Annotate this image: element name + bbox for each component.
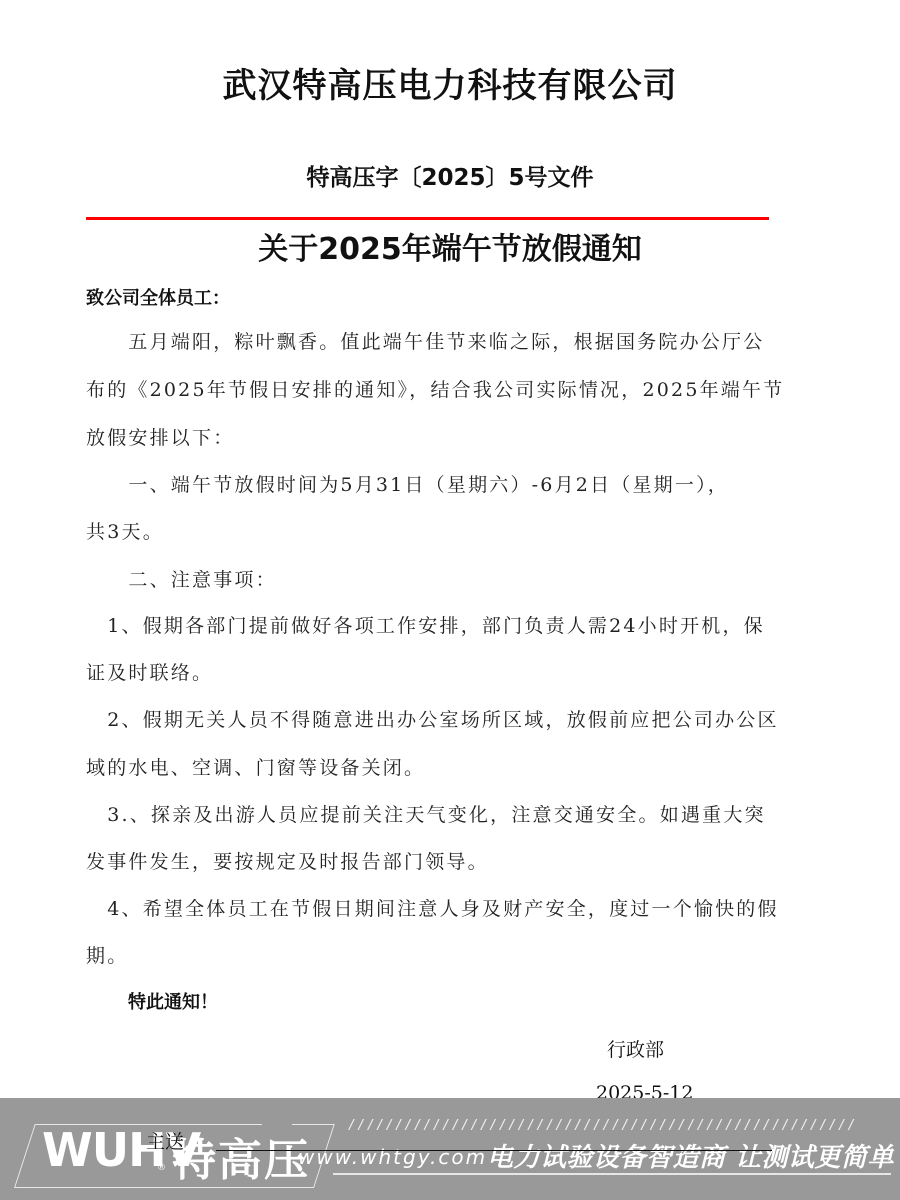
company-title: 武汉特高压电力科技有限公司	[0, 58, 900, 107]
body-line: 一、端午节放假时间为5月31日（星期六）-6月2日（星期一），	[86, 470, 816, 497]
document-number: 特高压字〔2025〕5号文件	[0, 159, 900, 192]
closing-text: 特此通知！	[128, 988, 218, 1014]
brand-logo-chinese: 特高压	[172, 1124, 310, 1188]
salutation: 致公司全体员工：	[86, 284, 230, 310]
slogan-text: 电力试验设备智造商 让测试更简单	[487, 1137, 894, 1174]
cc-rule	[216, 1150, 772, 1151]
body-line: 放假安排以下：	[86, 423, 816, 450]
body-line: 共3天。	[86, 517, 816, 544]
cc-label: 主送	[146, 1127, 184, 1154]
body-line: 2、假期无关人员不得随意进出办公室场所区域，放假前应把公司办公区	[86, 705, 816, 732]
issuing-department: 行政部	[607, 1035, 664, 1062]
banner-underline	[333, 1173, 891, 1175]
body-line: 期。	[86, 941, 816, 968]
registered-mark: ®	[157, 1163, 166, 1173]
body-line: 布的《2025年节假日安排的通知》，结合我公司实际情况，2025年端午节	[86, 375, 816, 402]
body-line: 证及时联络。	[86, 658, 816, 685]
website-text: www.whtgy.com	[298, 1145, 487, 1169]
body-line: 二、注意事项：	[86, 565, 816, 592]
notice-title: 关于2025年端午节放假通知	[0, 224, 900, 268]
body-line: 发事件发生，要按规定及时报告部门领导。	[86, 847, 816, 874]
red-header-rule	[86, 217, 769, 220]
body-line: 域的水电、空调、门窗等设备关闭。	[86, 753, 816, 780]
body-line: 4、希望全体员工在节假日期间注意人身及财产安全，度过一个愉快的假	[86, 894, 816, 921]
body-line: 3.、探亲及出游人员应提前关注天气变化，注意交通安全。如遇重大突	[86, 800, 816, 827]
body-line: 1、假期各部门提前做好各项工作安排，部门负责人需24小时开机，保	[86, 611, 816, 638]
body-line: 五月端阳，粽叶飘香。值此端午佳节来临之际，根据国务院办公厅公	[86, 327, 816, 354]
decorative-slashes: ////////////////////////////////////////…	[348, 1118, 857, 1133]
